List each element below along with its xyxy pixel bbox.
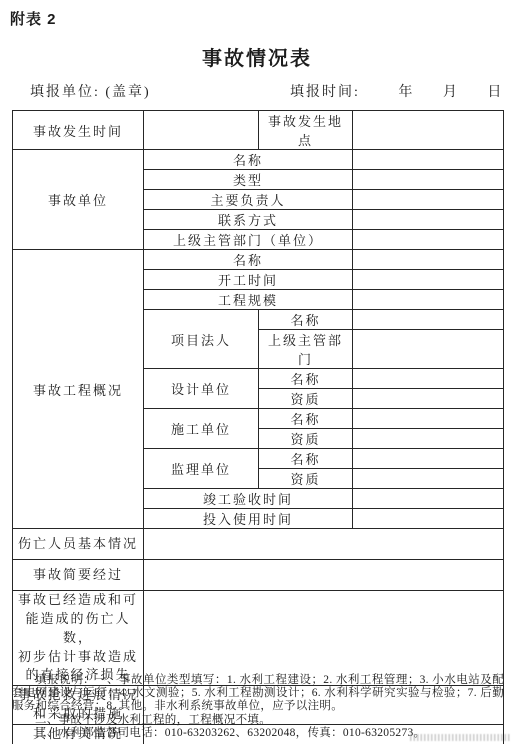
document-page: 附表 2 事故情况表 填报单位: (盖章) 填报时间: 年 月 日 事故发生时间… <box>0 0 514 744</box>
unit-contact-value-cell <box>353 210 504 230</box>
day-label: 日 <box>487 85 503 100</box>
casualties-basic-value-cell <box>144 529 504 560</box>
accident-info-table: 事故发生时间 事故发生地点 事故单位 名称 类型 主要负责人 联系方式 上级主管… <box>12 110 504 744</box>
month-label: 月 <box>443 85 459 100</box>
unit-superior-label-cell: 上级主管部门（单位） <box>144 230 353 250</box>
note-paragraph-2: 二、事故不涉及水利工程的，工程概况不填。 <box>12 714 504 727</box>
project-start-label-cell: 开工时间 <box>144 270 353 290</box>
construction-unit-label-cell: 施工单位 <box>144 409 259 449</box>
accident-time-label-cell: 事故发生时间 <box>13 111 144 150</box>
supervision-unit-name-value-cell <box>353 449 504 469</box>
completion-acceptance-value-cell <box>353 489 504 509</box>
design-unit-qualification-value-cell <box>353 389 504 409</box>
legal-entity-label-cell: 项目法人 <box>144 310 259 369</box>
reporting-unit-label: 填报单位: (盖章) <box>30 81 151 101</box>
accident-time-value-cell <box>144 111 259 150</box>
project-section-label-cell: 事故工程概况 <box>13 250 144 529</box>
note-paragraph-1: 填报说明：一、事故单位类型填写：1. 水利工程建设；2. 水利工程管理；3. 小… <box>12 674 504 714</box>
table-row: 事故简要经过 <box>13 560 504 591</box>
construction-unit-qualification-value-cell <box>353 429 504 449</box>
table-row: 事故单位 名称 <box>13 150 504 170</box>
unit-name-label-cell: 名称 <box>144 150 353 170</box>
construction-unit-name-value-cell <box>353 409 504 429</box>
project-name-value-cell <box>353 250 504 270</box>
accident-place-value-cell <box>353 111 504 150</box>
brief-course-value-cell <box>144 560 504 591</box>
accident-place-label-cell: 事故发生地点 <box>259 111 353 150</box>
supervision-unit-qualification-value-cell <box>353 469 504 489</box>
unit-type-label-cell: 类型 <box>144 170 353 190</box>
casualties-basic-label-cell: 伤亡人员基本情况 <box>13 529 144 560</box>
design-unit-label-cell: 设计单位 <box>144 369 259 409</box>
put-into-use-label-cell: 投入使用时间 <box>144 509 353 529</box>
design-unit-name-label-cell: 名称 <box>259 369 353 389</box>
unit-contact-label-cell: 联系方式 <box>144 210 353 230</box>
table-row: 伤亡人员基本情况 <box>13 529 504 560</box>
project-name-label-cell: 名称 <box>144 250 353 270</box>
reporting-time-label: 填报时间: <box>290 85 360 100</box>
unit-type-value-cell <box>353 170 504 190</box>
unit-name-value-cell <box>353 150 504 170</box>
corner-watermark <box>410 734 510 741</box>
subheader: 填报单位: (盖章) 填报时间: 年 月 日 <box>0 81 514 101</box>
completion-acceptance-label-cell: 竣工验收时间 <box>144 489 353 509</box>
table-row: 事故工程概况 名称 <box>13 250 504 270</box>
project-scale-label-cell: 工程规模 <box>144 290 353 310</box>
unit-principal-label-cell: 主要负责人 <box>144 190 353 210</box>
design-unit-qualification-label-cell: 资质 <box>259 389 353 409</box>
legal-entity-superior-label-cell: 上级主管部门 <box>259 330 353 369</box>
legal-entity-name-value-cell <box>353 310 504 330</box>
put-into-use-value-cell <box>353 509 504 529</box>
unit-principal-value-cell <box>353 190 504 210</box>
design-unit-name-value-cell <box>353 369 504 389</box>
brief-course-label-cell: 事故简要经过 <box>13 560 144 591</box>
legal-entity-superior-value-cell <box>353 330 504 369</box>
supervision-unit-label-cell: 监理单位 <box>144 449 259 489</box>
table-row: 事故已经造成和可 能造成的伤亡人数， 初步估计事故造成 的直接经济损失 <box>13 591 504 686</box>
page-title: 事故情况表 <box>0 42 514 71</box>
construction-unit-name-label-cell: 名称 <box>259 409 353 429</box>
unit-superior-value-cell <box>353 230 504 250</box>
year-label: 年 <box>398 85 414 100</box>
project-start-value-cell <box>353 270 504 290</box>
attachment-tag: 附表 2 <box>10 8 57 29</box>
table-row: 事故发生时间 事故发生地点 <box>13 111 504 150</box>
construction-unit-qualification-label-cell: 资质 <box>259 429 353 449</box>
accident-unit-section-label-cell: 事故单位 <box>13 150 144 250</box>
casualties-economic-loss-value-cell <box>144 591 504 686</box>
filling-instructions: 填报说明：一、事故单位类型填写：1. 水利工程建设；2. 水利工程管理；3. 小… <box>12 674 504 740</box>
project-scale-value-cell <box>353 290 504 310</box>
legal-entity-name-label-cell: 名称 <box>259 310 353 330</box>
reporting-time-line: 填报时间: 年 月 日 <box>290 81 503 101</box>
supervision-unit-qualification-label-cell: 资质 <box>259 469 353 489</box>
casualties-economic-loss-label-cell: 事故已经造成和可 能造成的伤亡人数， 初步估计事故造成 的直接经济损失 <box>13 591 144 686</box>
supervision-unit-name-label-cell: 名称 <box>259 449 353 469</box>
